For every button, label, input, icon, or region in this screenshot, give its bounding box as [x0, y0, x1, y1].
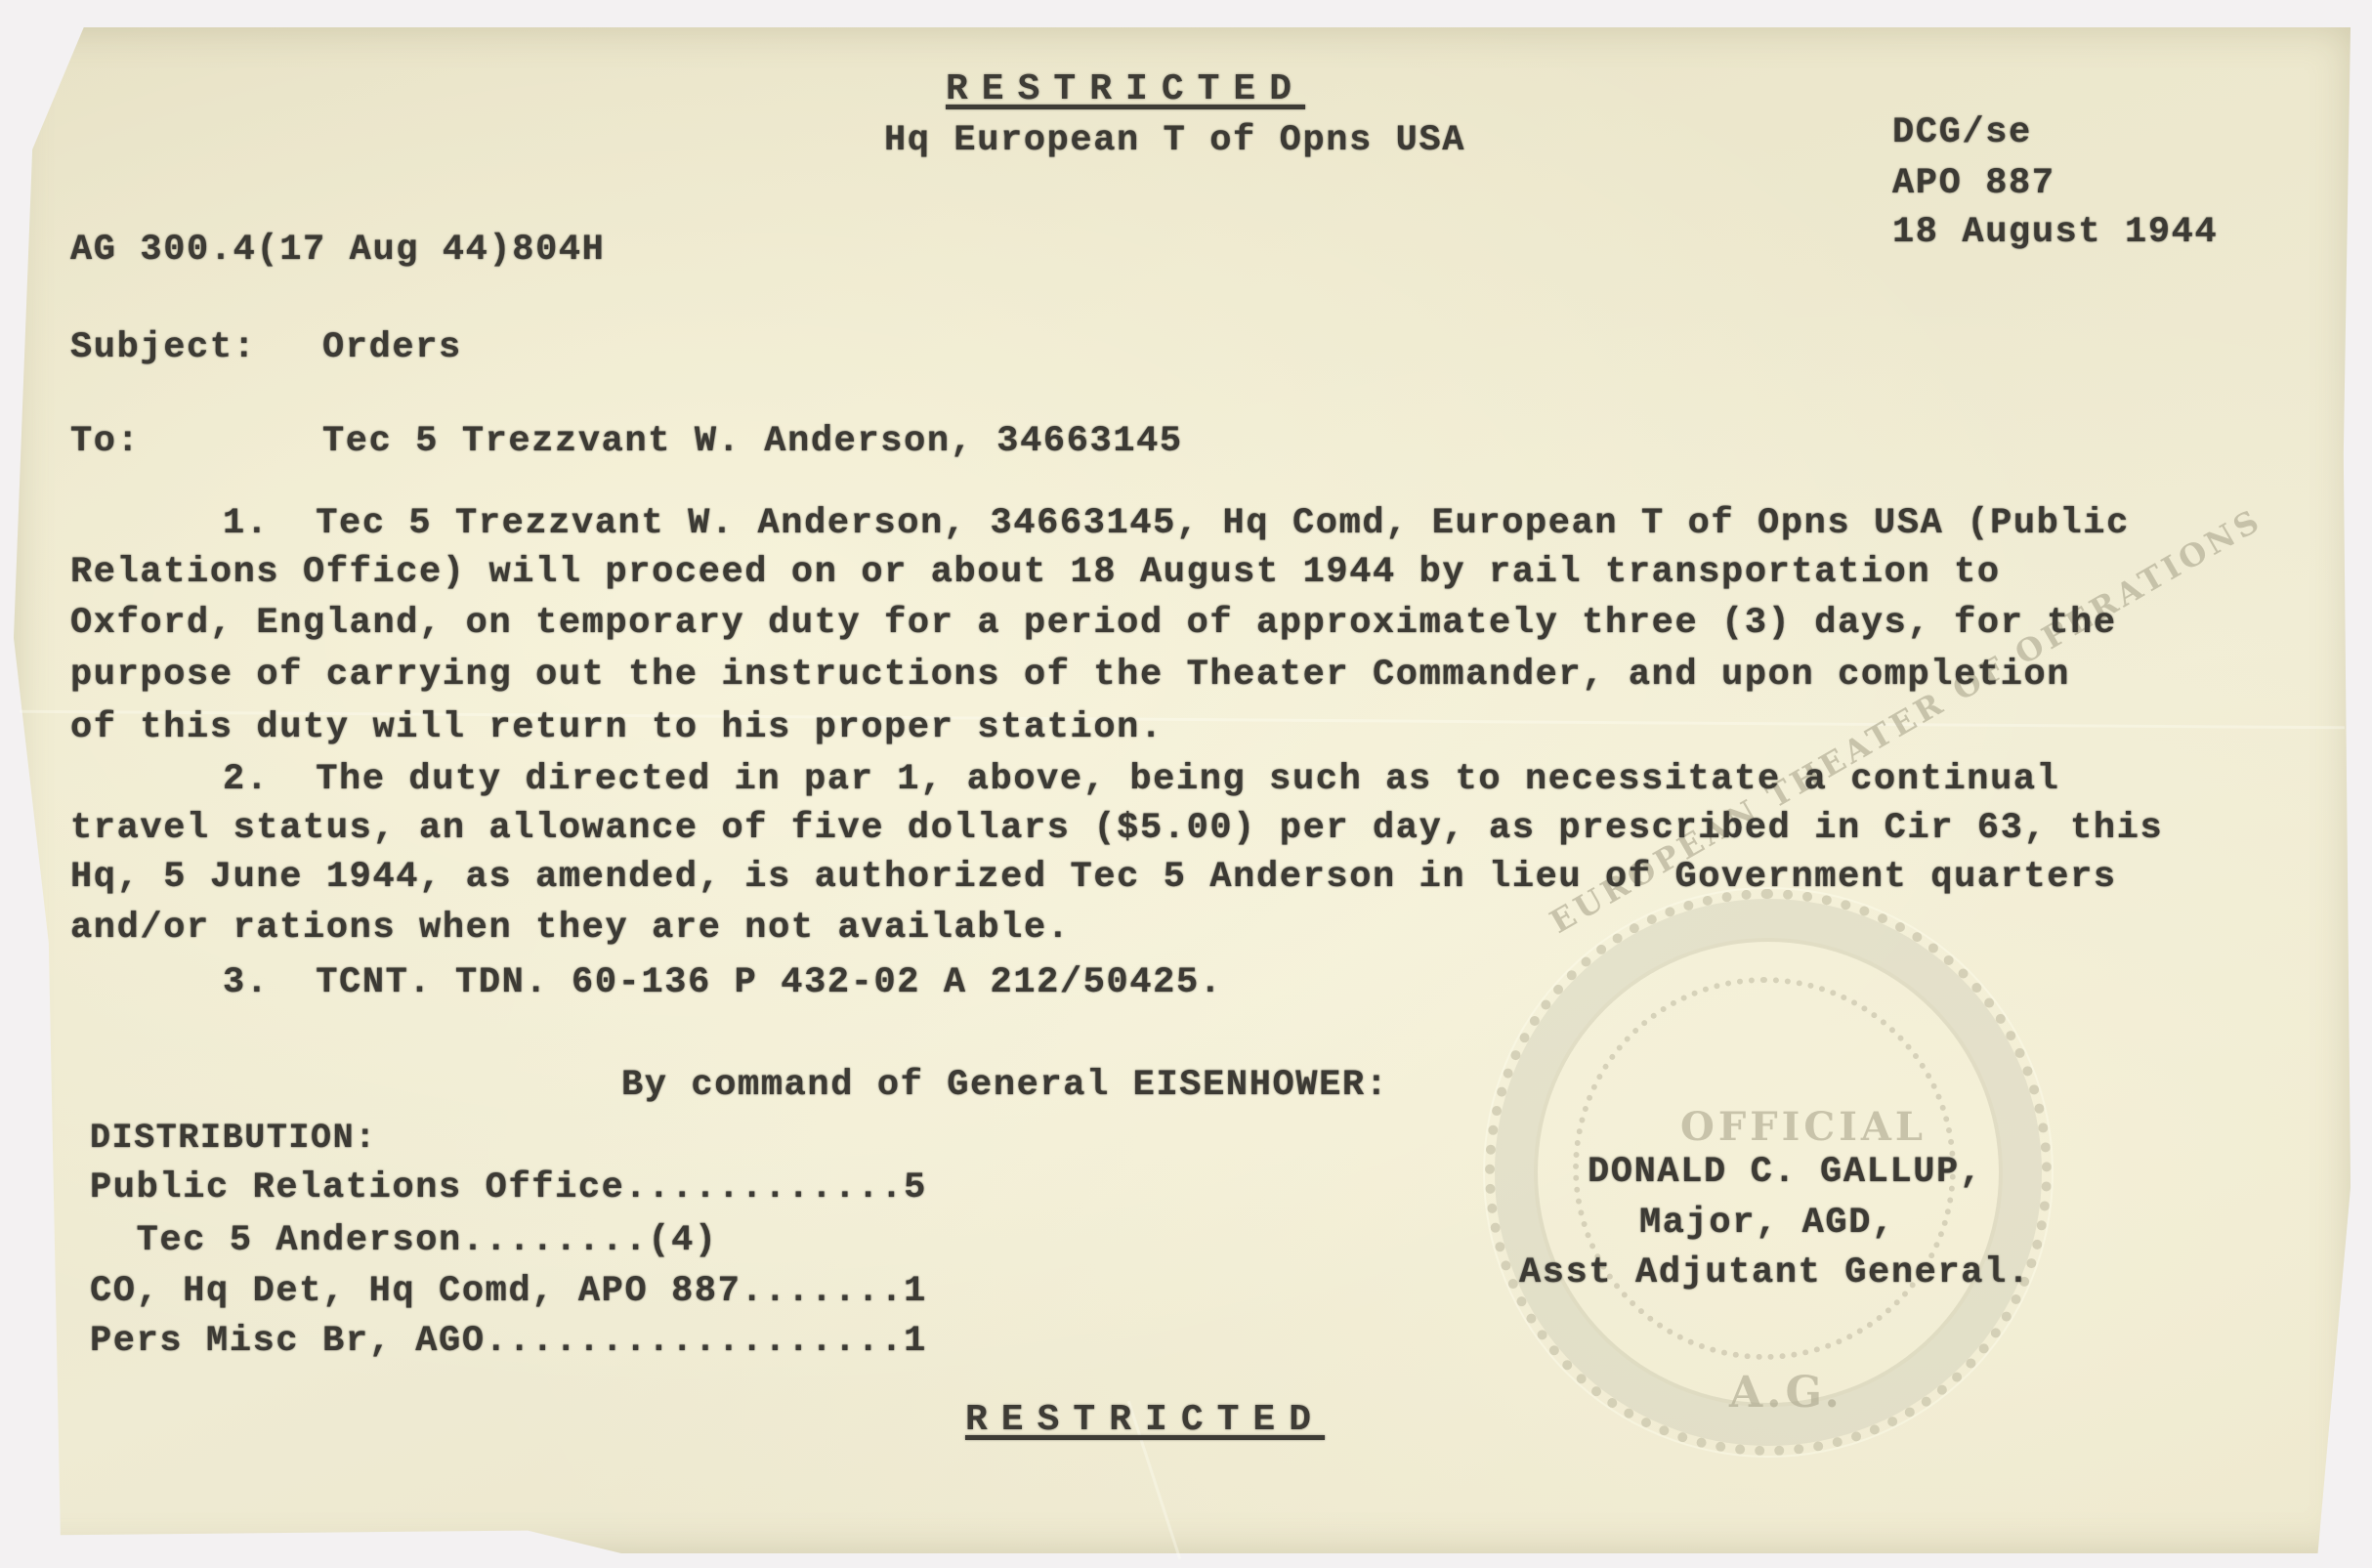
distribution-item: CO, Hq Det, Hq Comd, APO 887.......1	[90, 1274, 927, 1310]
paragraph-3: 3. TCNT. TDN. 60-136 P 432-02 A 212/5042…	[223, 965, 1223, 1001]
to-value: Tec 5 Trezzvant W. Anderson, 34663145	[322, 424, 1183, 460]
document-date: 18 August 1944	[1892, 215, 2218, 251]
seal-center-text: OFFICIAL	[1680, 1104, 1927, 1150]
paragraph-1-line: Relations Office) will proceed on or abo…	[70, 555, 2001, 591]
office-code: DCG/se	[1892, 115, 2032, 151]
signature-rank: Major, AGD,	[1639, 1206, 1895, 1242]
paragraph-2-line: and/or rations when they are not availab…	[70, 911, 1071, 947]
apo-number: APO 887	[1892, 166, 2055, 202]
seal-bottom-text: A.G.	[1729, 1368, 1843, 1418]
reference-number: AG 300.4(17 Aug 44)804H	[70, 233, 605, 269]
distribution-item: Pers Misc Br, AGO..................1	[90, 1324, 927, 1360]
paragraph-1-line: purpose of carrying out the instructions…	[70, 657, 2070, 694]
classification-top: RESTRICTED	[946, 68, 1305, 110]
distribution-heading: DISTRIBUTION:	[90, 1122, 377, 1156]
paragraph-2-line: 2. The duty directed in par 1, above, be…	[223, 762, 2060, 798]
subject-value: Orders	[322, 330, 462, 366]
paragraph-2-line: Hq, 5 June 1944, as amended, is authoriz…	[70, 860, 2117, 896]
header-org: Hq European T of Opns USA	[884, 123, 1465, 159]
distribution-item: Public Relations Office............5	[90, 1170, 927, 1207]
paragraph-2-line: travel status, an allowance of five doll…	[70, 811, 2163, 847]
paragraph-1-line: of this duty will return to his proper s…	[70, 710, 1164, 746]
classification-bottom: RESTRICTED	[965, 1399, 1325, 1441]
to-label: To:	[70, 424, 140, 460]
signature-name: DONALD C. GALLUP,	[1588, 1155, 1983, 1191]
paragraph-1-line: 1. Tec 5 Trezzvant W. Anderson, 34663145…	[223, 506, 2130, 542]
distribution-item: Tec 5 Anderson........(4)	[90, 1223, 718, 1259]
subject-label: Subject:	[70, 330, 256, 366]
by-command-line: By command of General EISENHOWER:	[621, 1068, 1389, 1104]
signature-title: Asst Adjutant General.	[1519, 1255, 2031, 1292]
paragraph-1-line: Oxford, England, on temporary duty for a…	[70, 606, 2117, 642]
